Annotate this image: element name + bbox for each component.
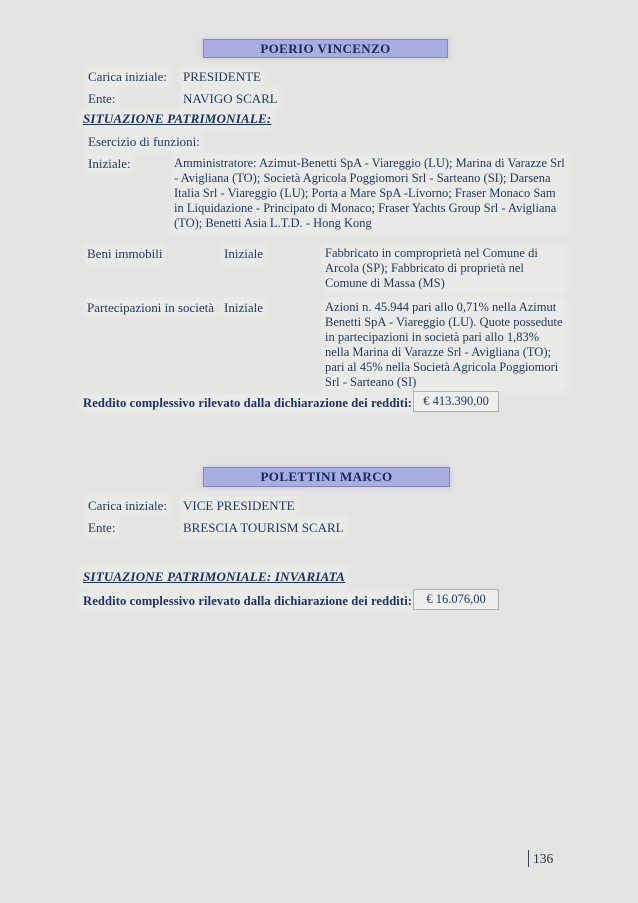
section-header-poerio-vincenzo: POERIO VINCENZO	[203, 39, 448, 58]
esercizio-di-funzioni-label: Esercizio di funzioni:	[88, 134, 200, 149]
beni-immobili-label: Beni immobili	[87, 246, 162, 261]
reddito-value-box: € 413.390,00	[413, 391, 499, 412]
iniziale-funzioni-text: Amministratore: Azimut-Benetti SpA - Via…	[174, 156, 566, 231]
ente-label-2: Ente:	[88, 520, 115, 535]
situazione-patrimoniale-heading: SITUAZIONE PATRIMONIALE:	[83, 111, 271, 127]
reddito-value-box-2: € 16.076,00	[413, 589, 499, 610]
carica-iniziale-label-2: Carica iniziale:	[88, 498, 167, 513]
document-page: POERIO VINCENZO Carica iniziale: PRESIDE…	[0, 0, 638, 903]
beni-immobili-description: Fabbricato in comproprietà nel Comune di…	[325, 246, 565, 291]
iniziale-label: Iniziale:	[88, 156, 131, 171]
reddito-label-2: Reddito complessivo rilevato dalla dichi…	[83, 594, 412, 609]
partecipazioni-label: Partecipazioni in società	[87, 300, 214, 315]
partecipazioni-phase: Iniziale	[224, 300, 263, 315]
reddito-label: Reddito complessivo rilevato dalla dichi…	[83, 396, 412, 411]
ente-value-2: BRESCIA TOURISM SCARL	[183, 520, 344, 535]
page-number: 136	[528, 850, 553, 867]
partecipazioni-description: Azioni n. 45.944 pari allo 0,71% nella A…	[325, 300, 565, 389]
carica-iniziale-value: PRESIDENTE	[183, 69, 261, 84]
section-header-polettini-marco: POLETTINI MARCO	[203, 467, 450, 487]
beni-immobili-phase: Iniziale	[224, 246, 263, 261]
carica-iniziale-label: Carica iniziale:	[88, 69, 167, 84]
carica-iniziale-value-2: VICE PRESIDENTE	[183, 498, 295, 513]
ente-value: NAVIGO SCARL	[183, 91, 278, 106]
situazione-patrimoniale-heading-2: SITUAZIONE PATRIMONIALE: INVARIATA	[83, 569, 345, 585]
ente-label: Ente:	[88, 91, 115, 106]
